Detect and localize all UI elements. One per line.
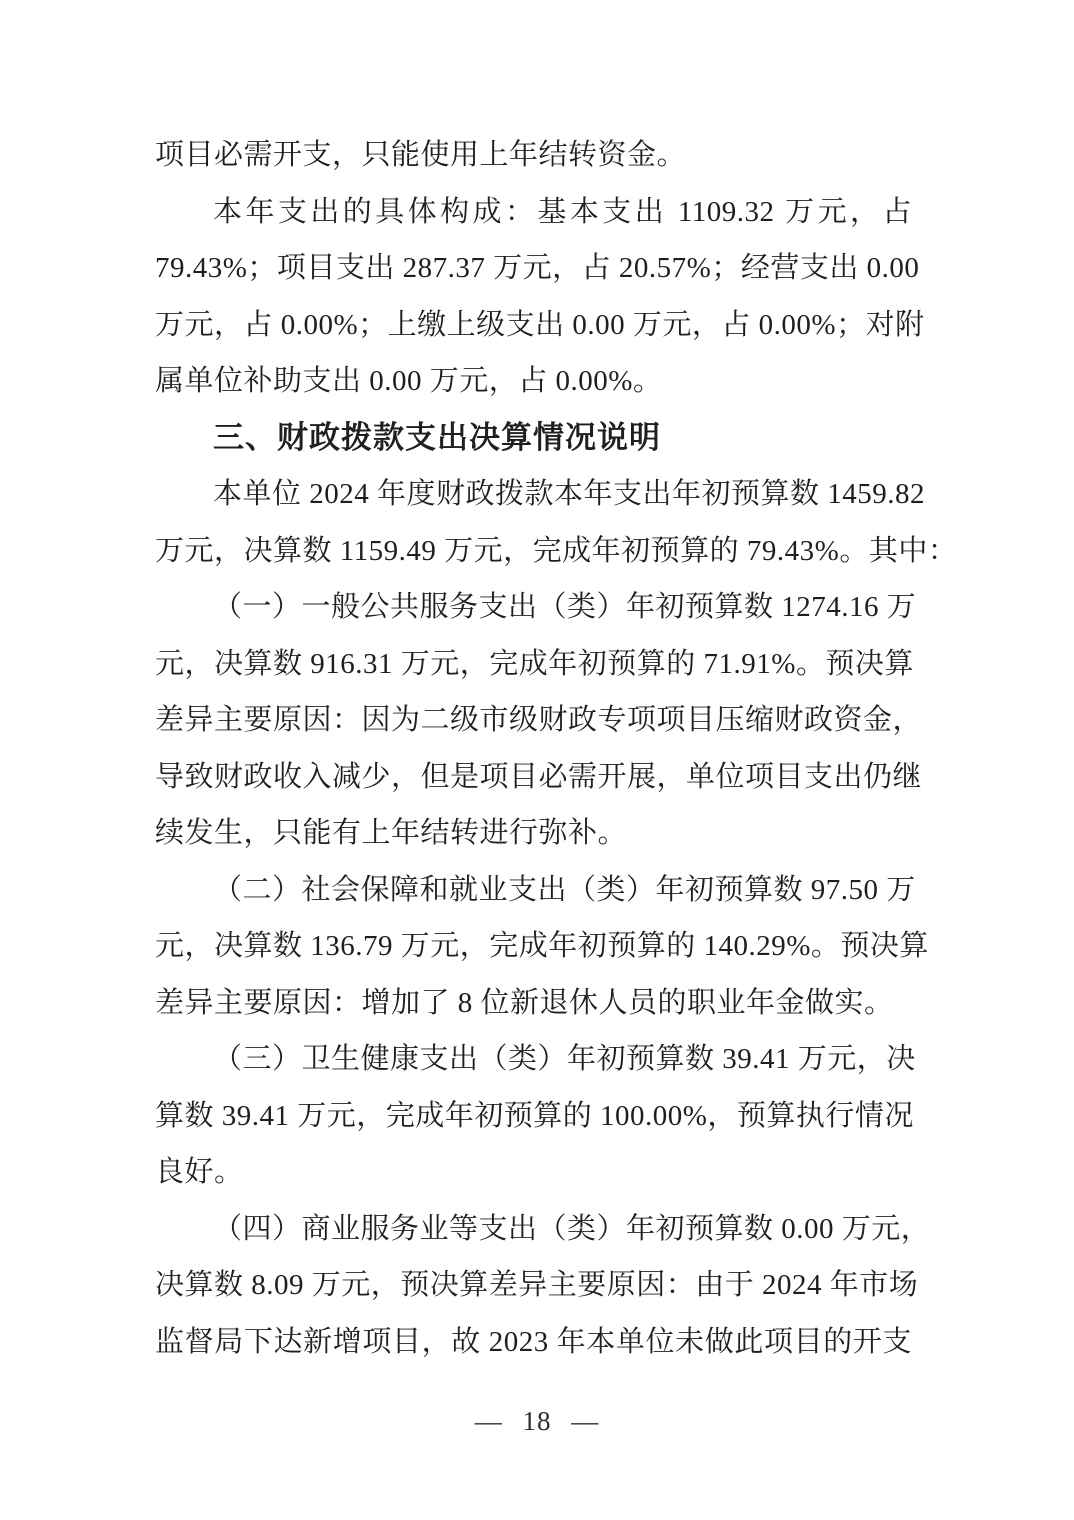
text-line: 万元，占 0.00%；上缴上级支出 0.00 万元，占 0.00%；对附 bbox=[155, 297, 912, 354]
text-line: 本年支出的具体构成：基本支出 1109.32 万元，占 bbox=[155, 184, 912, 241]
text-line: 续发生，只能有上年结转进行弥补。 bbox=[155, 805, 912, 862]
text-line: 万元，决算数 1159.49 万元，完成年初预算的 79.43%。其中： bbox=[155, 523, 912, 580]
text-line: （四）商业服务业等支出（类）年初预算数 0.00 万元， bbox=[155, 1201, 912, 1258]
text-line: 导致财政收入减少，但是项目必需开展，单位项目支出仍继 bbox=[155, 749, 912, 806]
section-heading: 三、财政拨款支出决算情况说明 bbox=[155, 410, 912, 467]
text-line: 决算数 8.09 万元，预决算差异主要原因：由于 2024 年市场 bbox=[155, 1257, 912, 1314]
text-line: （三）卫生健康支出（类）年初预算数 39.41 万元，决 bbox=[155, 1031, 912, 1088]
document-page: 项目必需开支，只能使用上年结转资金。 本年支出的具体构成：基本支出 1109.3… bbox=[0, 0, 1074, 1520]
text-line: 监督局下达新增项目，故 2023 年本单位未做此项目的开支 bbox=[155, 1314, 912, 1371]
text-line: 项目必需开支，只能使用上年结转资金。 bbox=[155, 127, 912, 184]
text-line: 差异主要原因：增加了 8 位新退休人员的职业年金做实。 bbox=[155, 975, 912, 1032]
text-line: （一）一般公共服务支出（类）年初预算数 1274.16 万 bbox=[155, 579, 912, 636]
page-number: — 18 — bbox=[0, 1406, 1074, 1437]
text-line: 差异主要原因：因为二级市级财政专项项目压缩财政资金， bbox=[155, 692, 912, 749]
text-line: 元，决算数 136.79 万元，完成年初预算的 140.29%。预决算 bbox=[155, 918, 912, 975]
text-line: （二）社会保障和就业支出（类）年初预算数 97.50 万 bbox=[155, 862, 912, 919]
text-line: 属单位补助支出 0.00 万元，占 0.00%。 bbox=[155, 353, 912, 410]
text-line: 良好。 bbox=[155, 1144, 912, 1201]
text-line: 79.43%；项目支出 287.37 万元，占 20.57%；经营支出 0.00 bbox=[155, 240, 912, 297]
text-line: 本单位 2024 年度财政拨款本年支出年初预算数 1459.82 bbox=[155, 466, 912, 523]
text-line: 算数 39.41 万元，完成年初预算的 100.00%，预算执行情况 bbox=[155, 1088, 912, 1145]
text-line: 元，决算数 916.31 万元，完成年初预算的 71.91%。预决算 bbox=[155, 636, 912, 693]
document-body: 项目必需开支，只能使用上年结转资金。 本年支出的具体构成：基本支出 1109.3… bbox=[155, 127, 912, 1370]
